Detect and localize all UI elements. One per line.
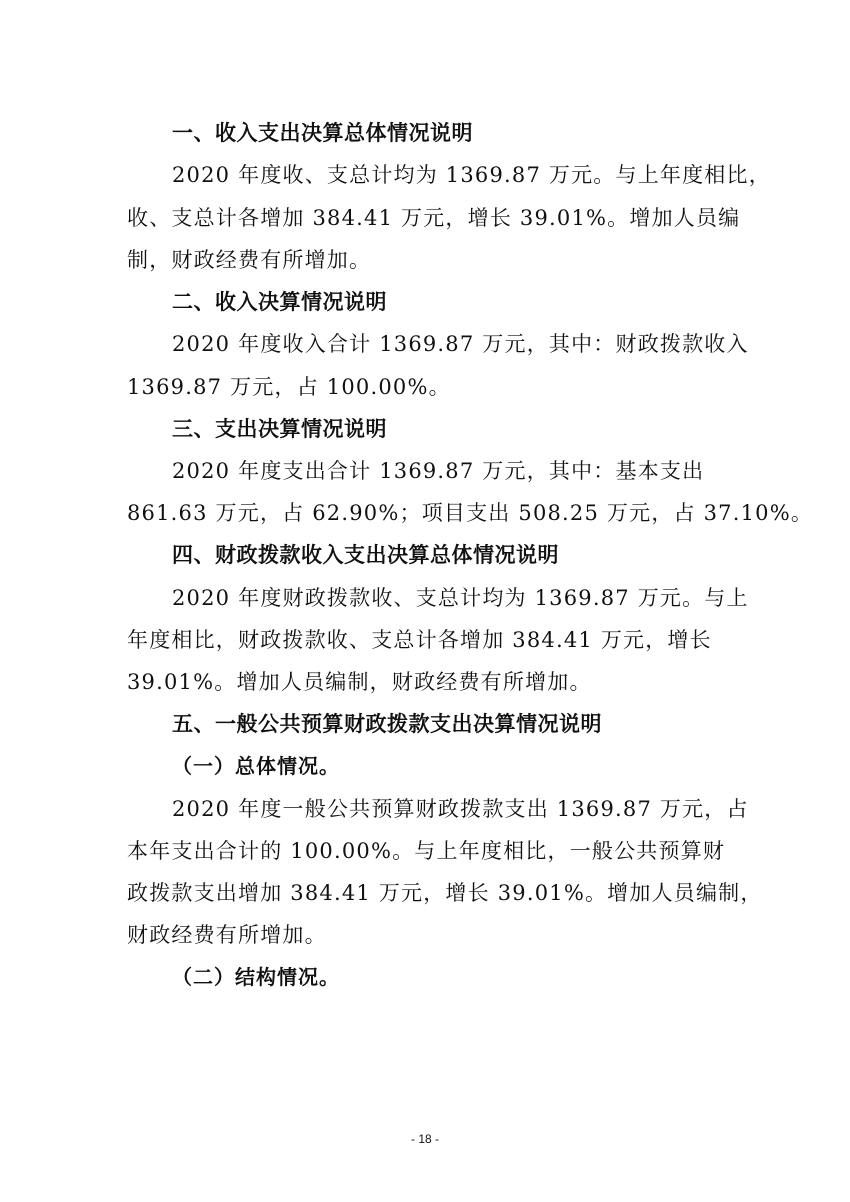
section-3-line-2: 861.63 万元，占 62.90%；项目支出 508.25 万元，占 37.1… [127, 498, 813, 528]
section-1-line-2: 收、支总计各增加 384.41 万元，增长 39.01%。增加人员编 [127, 203, 740, 233]
section-4-heading: 四、财政拨款收入支出决算总体情况说明 [172, 540, 559, 570]
page-number: - 18 - [0, 1132, 850, 1146]
section-2-heading: 二、收入决算情况说明 [172, 287, 387, 317]
section-2-line-2: 1369.87 万元，占 100.00%。 [127, 372, 451, 402]
subsection-5-1-line-2: 本年支出合计的 100.00%。与上年度相比，一般公共预算财 [127, 836, 725, 866]
section-1-line-1: 2020 年度收、支总计均为 1369.87 万元。与上年度相比， [172, 160, 771, 190]
section-5-heading: 五、一般公共预算财政拨款支出决算情况说明 [172, 709, 602, 739]
subsection-5-1-line-1: 2020 年度一般公共预算财政拨款支出 1369.87 万元，占 [172, 794, 749, 824]
subsection-5-2-heading: （二）结构情况。 [172, 962, 340, 992]
section-1-line-3: 制，财政经费有所增加。 [127, 245, 371, 275]
section-4-line-2: 年度相比，财政拨款收、支总计各增加 384.41 万元，增长 [127, 625, 712, 655]
document-page: 一、收入支出决算总体情况说明 2020 年度收、支总计均为 1369.87 万元… [0, 0, 850, 1202]
subsection-5-1-heading: （一）总体情况。 [172, 751, 340, 781]
subsection-5-1-line-4: 财政经费有所增加。 [127, 920, 327, 950]
section-1-heading: 一、收入支出决算总体情况说明 [172, 118, 473, 148]
section-4-line-1: 2020 年度财政拨款收、支总计均为 1369.87 万元。与上 [172, 583, 749, 613]
section-3-line-1: 2020 年度支出合计 1369.87 万元，其中：基本支出 [172, 456, 704, 486]
subsection-5-1-line-3: 政拨款支出增加 384.41 万元，增长 39.01%。增加人员编制， [127, 878, 763, 908]
section-3-heading: 三、支出决算情况说明 [172, 414, 387, 444]
section-2-line-1: 2020 年度收入合计 1369.87 万元，其中：财政拨款收入 [172, 329, 749, 359]
section-4-line-3: 39.01%。增加人员编制，财政经费有所增加。 [127, 667, 592, 697]
